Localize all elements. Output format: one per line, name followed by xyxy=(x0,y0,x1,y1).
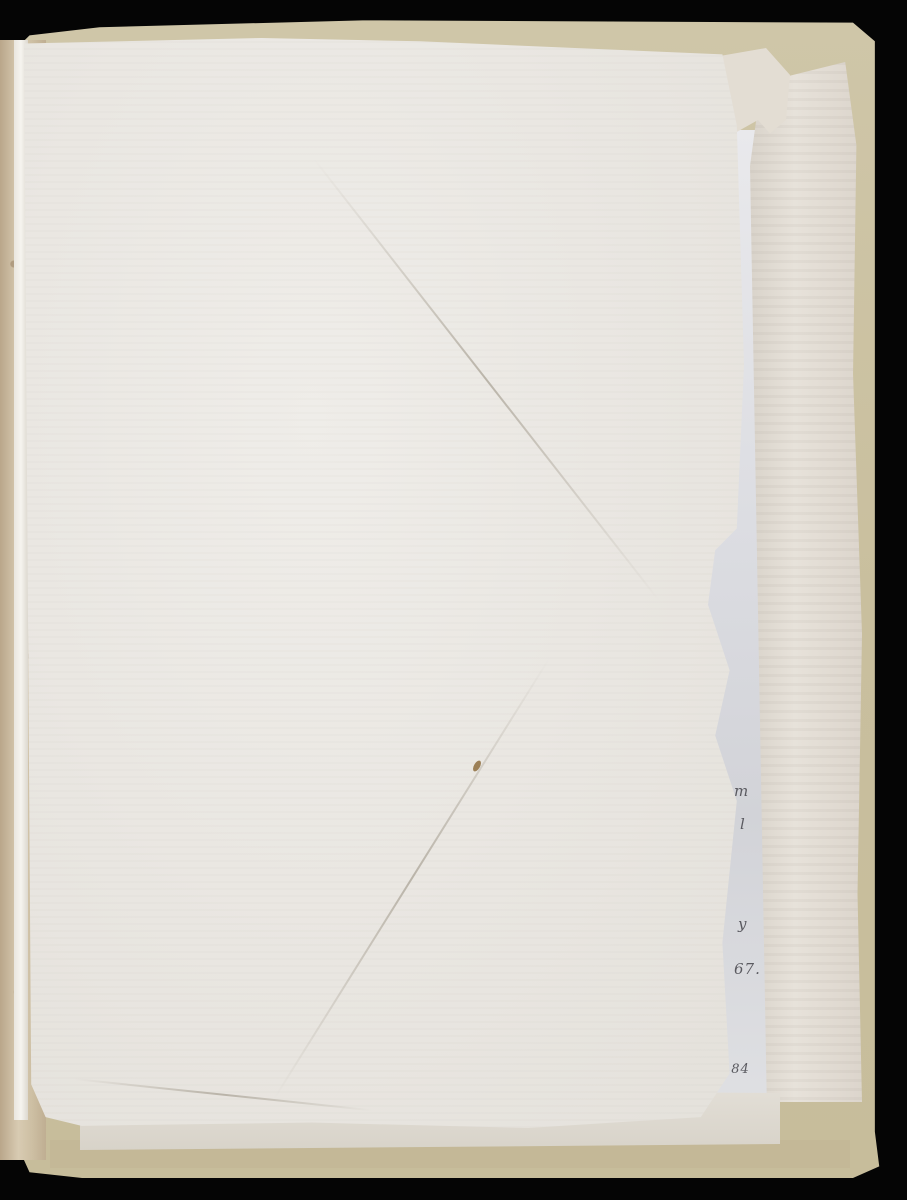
fold-crease xyxy=(313,158,659,601)
torn-paper-strip xyxy=(750,62,862,1102)
handwriting-fragment: y xyxy=(738,915,747,933)
fold-crease xyxy=(273,657,550,1099)
folded-paper-wrapper xyxy=(24,38,744,1128)
handwriting-fragment: 67. xyxy=(734,960,761,978)
handwriting-fragment: m xyxy=(734,782,749,800)
fold-crease xyxy=(74,1078,373,1111)
handwriting-fragment: l xyxy=(740,815,746,833)
